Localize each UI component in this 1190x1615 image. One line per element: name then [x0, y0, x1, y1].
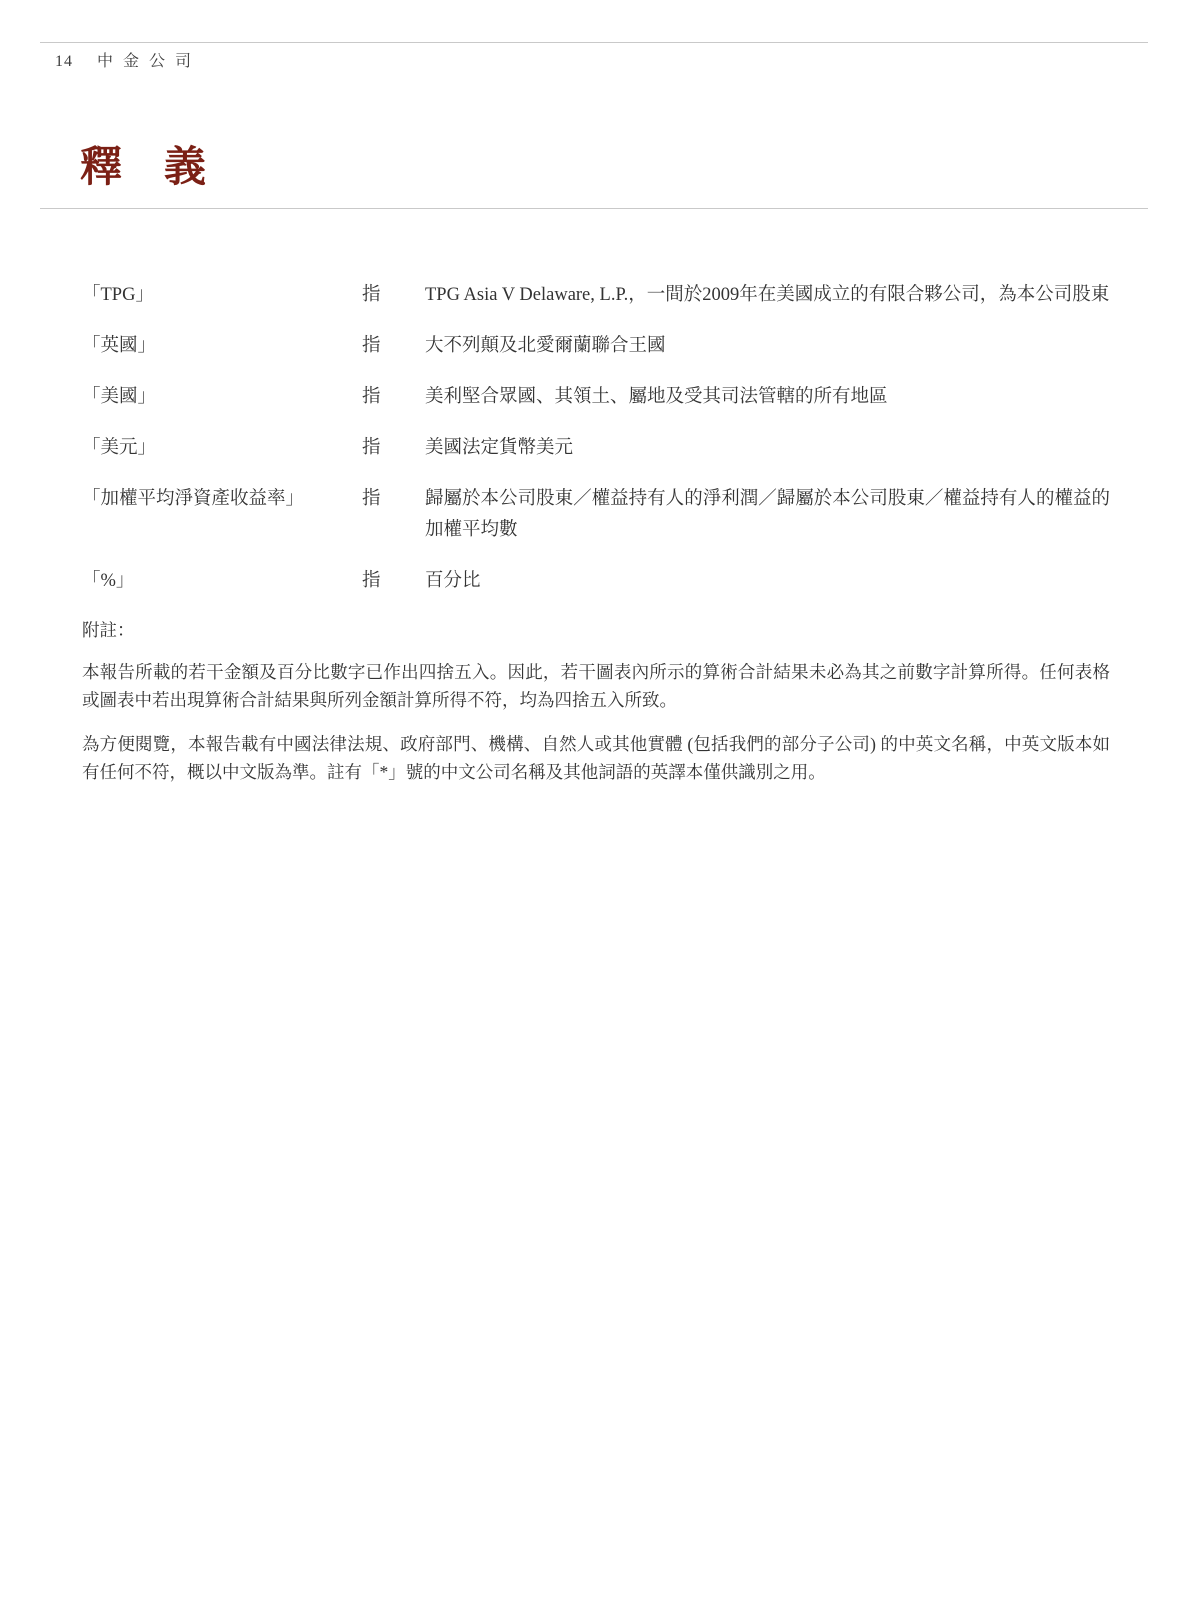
- note-paragraph: 本報告所載的若干金額及百分比數字已作出四捨五入。因此，若干圖表內所示的算術合計結…: [82, 659, 1110, 714]
- definition-row: 「加權平均淨資產收益率」 指 歸屬於本公司股東／權益持有人的淨利潤／歸屬於本公司…: [82, 484, 1110, 546]
- definition-connector: 指: [362, 566, 425, 597]
- definition-row: 「美元」 指 美國法定貨幣美元: [82, 433, 1110, 464]
- definition-term: 「英國」: [82, 331, 362, 362]
- definition-row: 「英國」 指 大不列顛及北愛爾蘭聯合王國: [82, 331, 1110, 362]
- definition-row: 「美國」 指 美利堅合眾國、其領土、屬地及受其司法管轄的所有地區: [82, 382, 1110, 413]
- definition-term: 「加權平均淨資產收益率」: [82, 484, 362, 546]
- title-divider: [40, 208, 1148, 209]
- definition-connector: 指: [362, 433, 425, 464]
- definitions-list: 「TPG」 指 TPG Asia V Delaware, L.P.，一間於200…: [82, 280, 1110, 597]
- definition-connector: 指: [362, 484, 425, 546]
- definition-text: 歸屬於本公司股東／權益持有人的淨利潤／歸屬於本公司股東／權益持有人的權益的加權平…: [425, 484, 1110, 546]
- notes-heading: 附註：: [82, 618, 1110, 642]
- notes-section: 附註： 本報告所載的若干金額及百分比數字已作出四捨五入。因此，若干圖表內所示的算…: [82, 618, 1110, 786]
- page-header: 14 中金公司: [55, 52, 1190, 72]
- definition-row: 「%」 指 百分比: [82, 566, 1110, 597]
- document-page: 14 中金公司 釋 義 「TPG」 指 TPG Asia V Delaware,…: [0, 0, 1190, 1615]
- header-divider: [40, 42, 1148, 43]
- definition-connector: 指: [362, 280, 425, 311]
- definition-term: 「美國」: [82, 382, 362, 413]
- note-paragraph: 為方便閱覽，本報告載有中國法律法規、政府部門、機構、自然人或其他實體 (包括我們…: [82, 731, 1110, 786]
- definition-text: TPG Asia V Delaware, L.P.，一間於2009年在美國成立的…: [425, 280, 1110, 311]
- definition-connector: 指: [362, 331, 425, 362]
- definition-row: 「TPG」 指 TPG Asia V Delaware, L.P.，一間於200…: [82, 280, 1110, 311]
- page-title: 釋 義: [80, 146, 1190, 190]
- definition-term: 「%」: [82, 566, 362, 597]
- definition-text: 美利堅合眾國、其領土、屬地及受其司法管轄的所有地區: [425, 382, 1110, 413]
- definition-term: 「美元」: [82, 433, 362, 464]
- definition-connector: 指: [362, 382, 425, 413]
- definition-text: 百分比: [425, 566, 1110, 597]
- page-number: 14: [55, 52, 73, 72]
- company-name: 中金公司: [97, 52, 201, 72]
- definition-text: 大不列顛及北愛爾蘭聯合王國: [425, 331, 1110, 362]
- definition-text: 美國法定貨幣美元: [425, 433, 1110, 464]
- definition-term: 「TPG」: [82, 280, 362, 311]
